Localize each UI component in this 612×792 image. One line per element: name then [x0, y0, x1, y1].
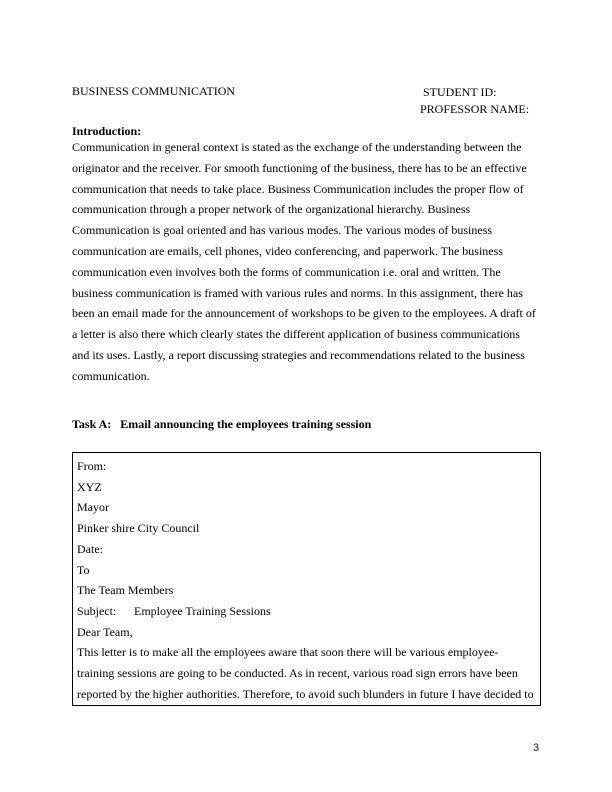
student-id-label: STUDENT ID: [420, 84, 529, 101]
paragraph-line: communication. [72, 366, 542, 387]
email-from-label: From: [77, 456, 540, 477]
paragraph-line: Communication in general context is stat… [72, 137, 542, 158]
paragraph-line: Communication is goal oriented and has v… [72, 220, 542, 241]
paragraph-line: communication are emails, cell phones, v… [72, 241, 542, 262]
email-date-label: Date: [77, 539, 540, 560]
email-sender-org: Pinker shire City Council [77, 518, 540, 539]
email-subject-label: Subject: [77, 601, 134, 622]
email-salutation: Dear Team, [77, 622, 540, 643]
course-title: BUSINESS COMMUNICATION [72, 84, 235, 98]
email-subject-line: Subject:Employee Training Sessions [77, 601, 540, 622]
paragraph-line: communication that needs to take place. … [72, 179, 542, 200]
professor-name-label: PROFESSOR NAME: [420, 101, 529, 118]
paragraph-line: been an email made for the announcement … [72, 303, 542, 324]
email-to-label: To [77, 560, 540, 581]
email-body-line: This letter is to make all the employees… [77, 642, 540, 663]
paragraph-line: originator and the receiver. For smooth … [72, 158, 542, 179]
paragraph-line: business communication is framed with va… [72, 283, 542, 304]
paragraph-line: communication through a proper network o… [72, 199, 542, 220]
introduction-heading: Introduction: [72, 124, 141, 138]
email-sender-title: Mayor [77, 497, 540, 518]
paragraph-line: communication even involves both the for… [72, 262, 542, 283]
student-info-block: STUDENT ID: PROFESSOR NAME: [420, 84, 529, 118]
email-sender-name: XYZ [77, 477, 540, 498]
email-draft-box: From: XYZ Mayor Pinker shire City Counci… [72, 452, 541, 706]
email-body-line: reported by the higher authorities. Ther… [77, 684, 540, 705]
paragraph-line: a letter is also there which clearly sta… [72, 324, 542, 345]
introduction-paragraph: Communication in general context is stat… [72, 137, 542, 387]
task-a-heading: Task A: Email announcing the employees t… [72, 417, 371, 431]
paragraph-line: and its uses. Lastly, a report discussin… [72, 345, 542, 366]
email-recipient: The Team Members [77, 580, 540, 601]
email-subject-value: Employee Training Sessions [134, 604, 271, 618]
page-number: 3 [533, 742, 539, 754]
email-body-line: training sessions are going to be conduc… [77, 663, 540, 684]
